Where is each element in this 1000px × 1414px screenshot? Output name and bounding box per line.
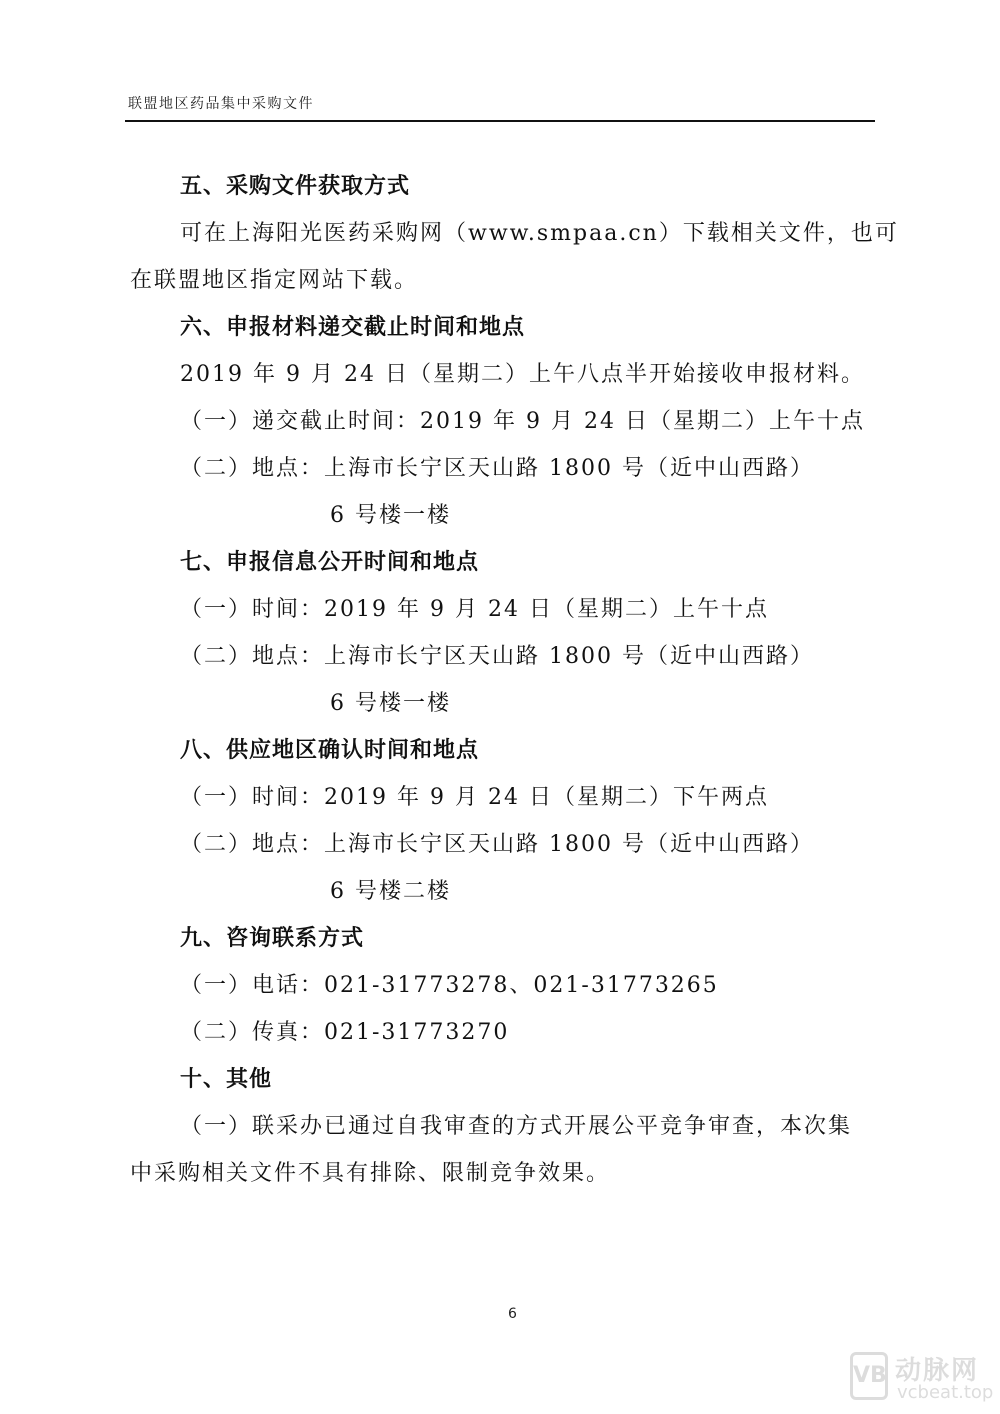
paragraph-line: 在联盟地区指定网站下载。	[130, 266, 418, 296]
paragraph-line: 可在上海阳光医药采购网（www.smpaa.cn）下载相关文件，也可	[180, 219, 899, 249]
list-item: （二）地点：上海市长宁区天山路 1800 号（近中山西路）	[180, 830, 814, 860]
page-header-title: 联盟地区药品集中采购文件	[128, 93, 314, 113]
list-item: （二）地点：上海市长宁区天山路 1800 号（近中山西路）	[180, 642, 814, 672]
page-number: 6	[508, 1306, 517, 1322]
paragraph-line: 中采购相关文件不具有排除、限制竞争效果。	[130, 1159, 610, 1189]
section-heading-10: 十、其他	[180, 1065, 272, 1095]
section-heading-7: 七、申报信息公开时间和地点	[180, 548, 479, 578]
list-item-continuation: 6 号楼一楼	[330, 689, 451, 719]
list-item: （二）传真：021-31773270	[180, 1018, 509, 1048]
paragraph-line: 2019 年 9 月 24 日（星期二）上午八点半开始接收申报材料。	[180, 360, 865, 390]
section-heading-8: 八、供应地区确认时间和地点	[180, 736, 479, 766]
list-item-continuation: 6 号楼一楼	[330, 501, 451, 531]
watermark-domain: vcbeat.top	[897, 1382, 993, 1403]
list-item: （一）时间：2019 年 9 月 24 日（星期二）上午十点	[180, 595, 769, 625]
section-heading-6: 六、申报材料递交截止时间和地点	[180, 313, 525, 343]
section-heading-9: 九、咨询联系方式	[180, 924, 364, 954]
list-item: （一）电话：021-31773278、021-31773265	[180, 971, 719, 1001]
list-item: （一）递交截止时间：2019 年 9 月 24 日（星期二）上午十点	[180, 407, 865, 437]
header-divider	[125, 120, 875, 122]
section-heading-5: 五、采购文件获取方式	[180, 172, 410, 202]
list-item: （一）时间：2019 年 9 月 24 日（星期二）下午两点	[180, 783, 769, 813]
list-item-continuation: 6 号楼二楼	[330, 877, 451, 907]
paragraph-line: （一）联采办已通过自我审查的方式开展公平竞争审查，本次集	[180, 1112, 852, 1142]
watermark: VB 动脉网 vcbeat.top	[850, 1350, 995, 1405]
list-item: （二）地点：上海市长宁区天山路 1800 号（近中山西路）	[180, 454, 814, 484]
watermark-logo-icon: VB	[850, 1352, 888, 1400]
